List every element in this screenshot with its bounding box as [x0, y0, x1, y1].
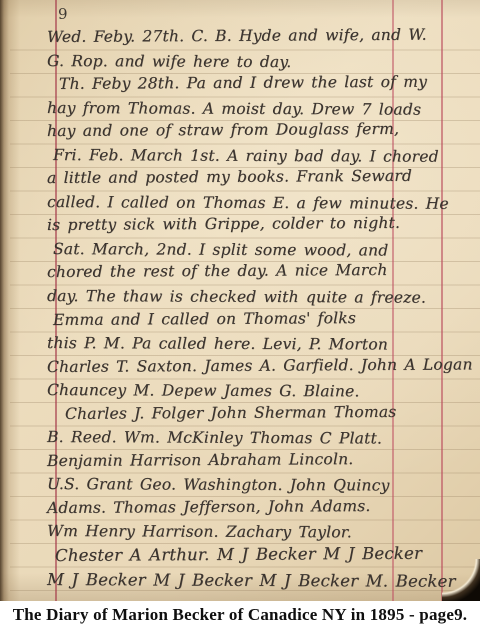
diary-line: Chester A Arthur. M J Becker M J Becker: [47, 541, 477, 567]
handwritten-text: Wed. Feby. 27th. C. B. Hyde and wife, an…: [47, 26, 477, 591]
diary-line: Benjamin Harrison Abraham Lincoln.: [47, 447, 477, 473]
page-curl-corner: [442, 559, 480, 601]
diary-line: M J Becker M J Becker M J Becker M. Beck…: [47, 568, 477, 593]
diary-line: Wed. Feby. 27th. C. B. Hyde and wife, an…: [47, 23, 477, 49]
diary-line: chored the rest of the day. A nice March: [47, 259, 477, 285]
screenshot: 9 Wed. Feby. 27th. C. B. Hyde and wife, …: [0, 0, 480, 630]
diary-line: a little and posted my books. Frank Sewa…: [47, 165, 477, 191]
diary-line: hay and one of straw from Douglass ferm,: [47, 118, 477, 144]
page-number: 9: [58, 5, 69, 23]
diary-line: is pretty sick with Grippe, colder to ni…: [47, 212, 477, 238]
diary-line: Emma and I called on Thomas' folks: [47, 306, 477, 332]
diary-line: Adams. Thomas Jefferson, John Adams.: [47, 494, 477, 520]
diary-page-photo: 9 Wed. Feby. 27th. C. B. Hyde and wife, …: [0, 0, 480, 602]
diary-line: Charles J. Folger John Sherman Thomas: [47, 400, 477, 426]
diary-line: Th. Feby 28th. Pa and I drew the last of…: [47, 70, 477, 96]
diary-line: Charles T. Saxton. James A. Garfield. Jo…: [47, 353, 477, 379]
caption: The Diary of Marion Becker of Canadice N…: [0, 601, 480, 630]
book-binding-shadow: [0, 0, 20, 601]
